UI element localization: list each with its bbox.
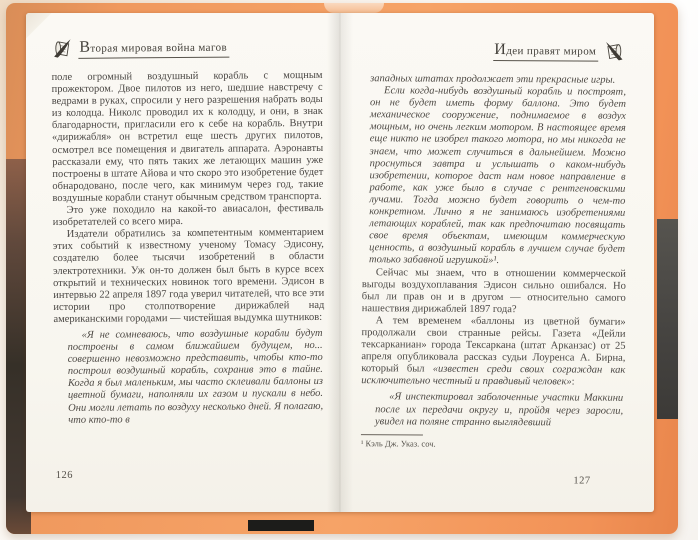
- footnote-separator: [361, 434, 423, 435]
- footnote-area: ¹ Кэль Дж. Указ. соч.: [361, 434, 625, 451]
- right-page-number: 127: [573, 475, 590, 486]
- right-page-body: западных штатах продолжает эти прекрасны…: [361, 73, 627, 450]
- left-page-number: 126: [56, 470, 73, 481]
- edison-quote-start: «Я не сомневаюсь, что воздушные корабли …: [68, 328, 324, 427]
- paragraph-airship-continuation: поле огромный воздушный корабль с мощным…: [51, 70, 323, 205]
- left-page-body: поле огромный воздушный корабль с мощным…: [51, 70, 325, 427]
- cover-right-dark-band: [657, 219, 678, 419]
- right-running-head-title: Идеи правят миром: [493, 41, 598, 62]
- cover-bottom-black-segment: [248, 520, 314, 531]
- edison-quote-continuation-block: западных штатах продолжает эти прекрасны…: [369, 73, 626, 268]
- edison-quote-main: Если когда-нибудь воздушный корабль и по…: [369, 85, 626, 268]
- paragraph-gazeta: А тем временем «баллоны из цветной бумаг…: [361, 315, 625, 389]
- left-running-head: Вторая мировая война магов: [51, 36, 322, 59]
- quill-scroll-icon: [603, 41, 625, 62]
- quill-scroll-icon: [51, 38, 73, 59]
- right-running-head: Идеи правят миром: [363, 39, 625, 62]
- cover-spine-notch: [324, 3, 384, 13]
- page-gutter-shadow: [327, 13, 353, 512]
- paragraph-gazeta-colon: :: [572, 377, 575, 388]
- judge-quote-block: «Я инспектировал заболоченные участки Ма…: [375, 392, 623, 430]
- right-page: Идеи правят миром западных штатах продол…: [338, 13, 654, 512]
- book-photo: Вторая мировая война магов поле огромный…: [0, 0, 698, 540]
- paragraph-aviasalon: Это уже походило на какой-то авиасалон, …: [53, 203, 324, 229]
- left-running-head-title: Вторая мировая война магов: [78, 38, 229, 59]
- open-pages: Вторая мировая война магов поле огромный…: [26, 13, 654, 512]
- judge-quote: «Я инспектировал заболоченные участки Ма…: [375, 392, 623, 430]
- paragraph-izdateli-edison: Издатели обратились за компетентным комм…: [53, 227, 325, 326]
- footnote-citation: ¹ Кэль Дж. Указ. соч.: [361, 437, 625, 451]
- paragraph-seichas: Сейчас мы знаем, что в отношении коммерч…: [362, 267, 626, 317]
- left-page: Вторая мировая война магов поле огромный…: [26, 13, 342, 512]
